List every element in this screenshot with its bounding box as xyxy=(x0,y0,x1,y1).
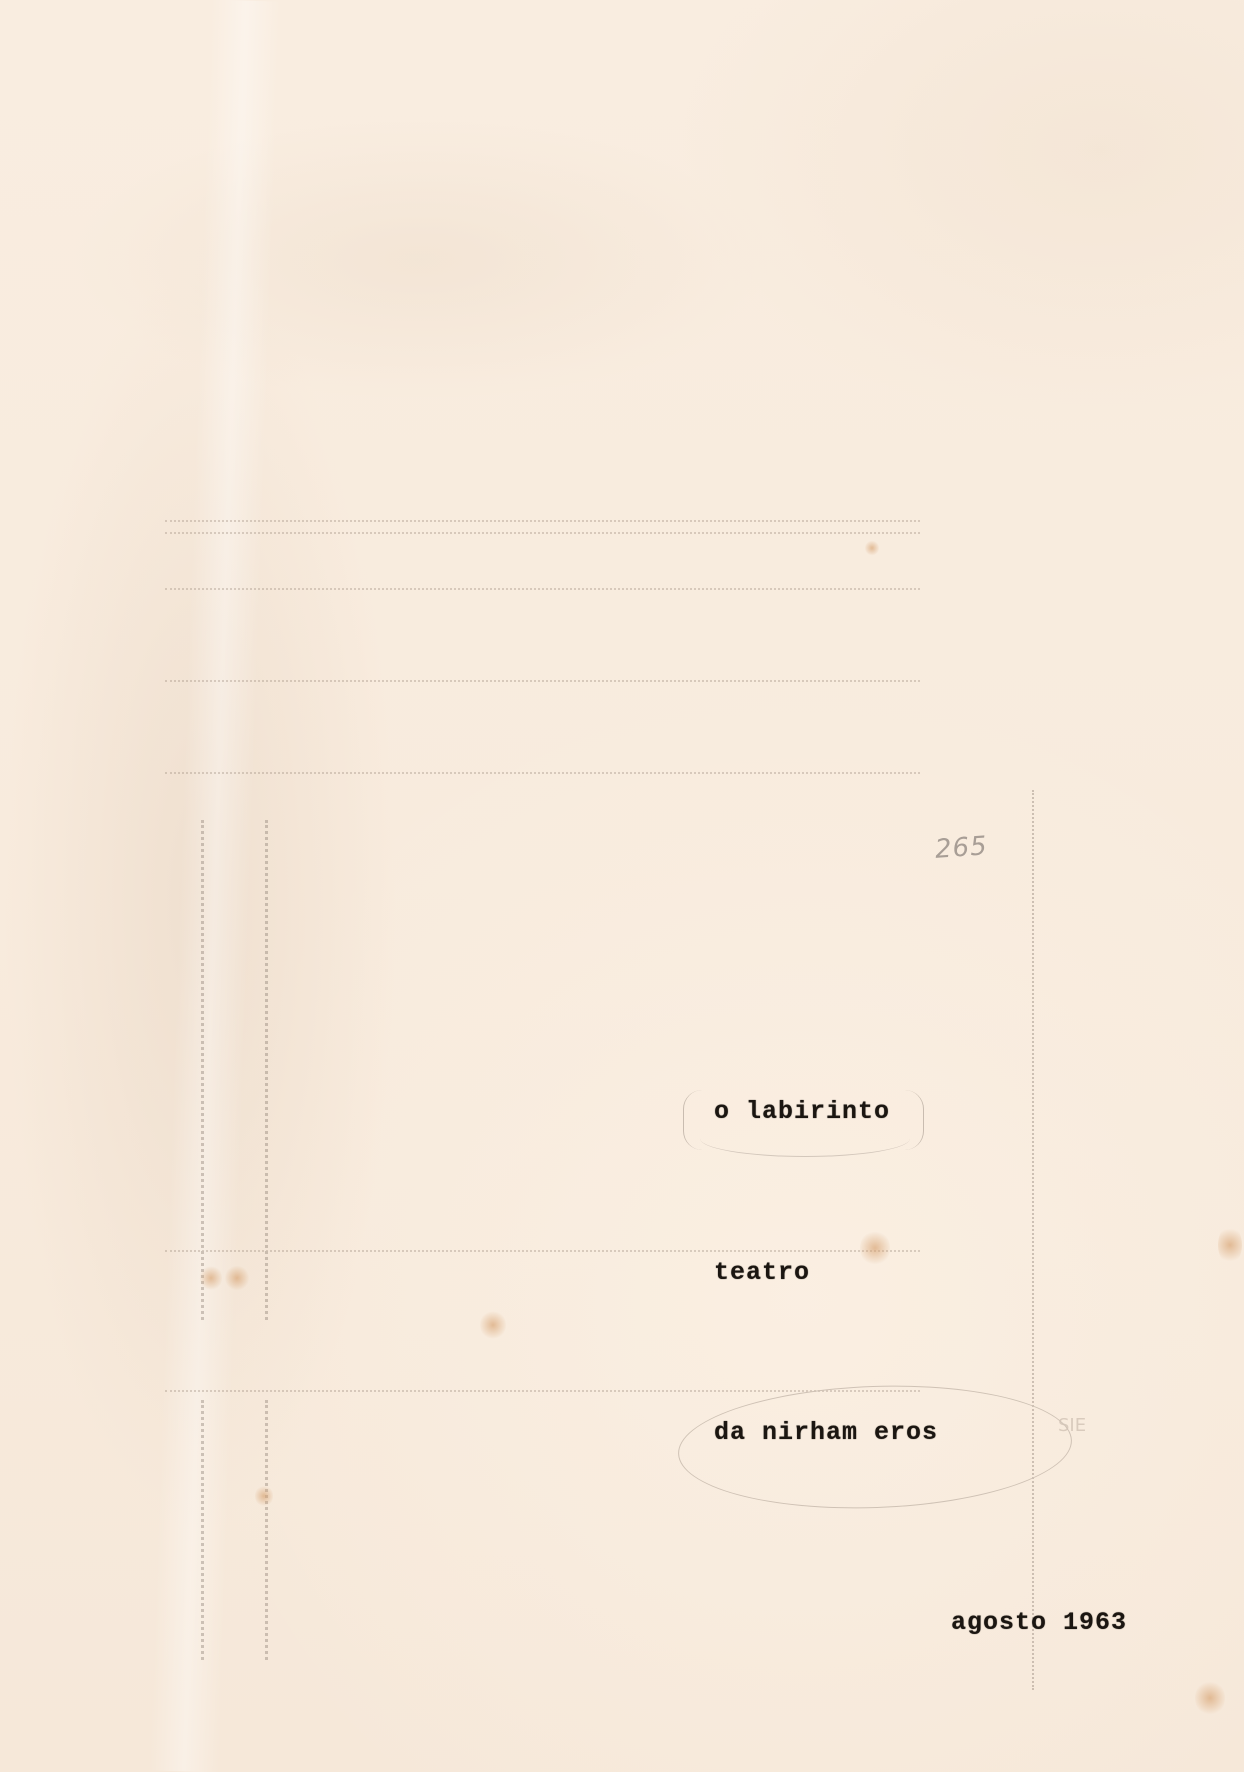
foxing-stain xyxy=(255,1485,273,1507)
document-genre: teatro xyxy=(714,1258,810,1287)
foxing-stain xyxy=(865,540,879,556)
foxing-stain xyxy=(1218,1225,1242,1265)
foxing-stain xyxy=(200,1265,222,1291)
scanned-page: 265 SIE o labirinto teatro da nirham ero… xyxy=(0,0,1244,1772)
foxing-stain xyxy=(860,1230,890,1266)
foxing-stain xyxy=(225,1265,249,1291)
ghost-dotted-line xyxy=(165,1250,920,1252)
ghost-dotted-line xyxy=(165,520,920,522)
document-title: o labirinto xyxy=(714,1097,890,1126)
ghost-dotted-line xyxy=(165,680,920,682)
foxing-stain xyxy=(480,1310,506,1340)
document-date: agosto 1963 xyxy=(951,1608,1127,1637)
ghost-dotted-column xyxy=(265,1400,268,1660)
ghost-dotted-column xyxy=(201,1400,204,1660)
ghost-dotted-column xyxy=(201,820,204,1320)
pencil-catalog-number: 265 xyxy=(934,831,989,865)
document-author: da nirham eros xyxy=(714,1418,938,1447)
ghost-dotted-column xyxy=(1032,790,1034,1690)
foxing-stain xyxy=(1195,1680,1225,1716)
ghost-dotted-line xyxy=(165,772,920,774)
ghost-dotted-line xyxy=(165,532,920,534)
ghost-dotted-column xyxy=(265,820,268,1320)
ghost-dotted-line xyxy=(165,588,920,590)
